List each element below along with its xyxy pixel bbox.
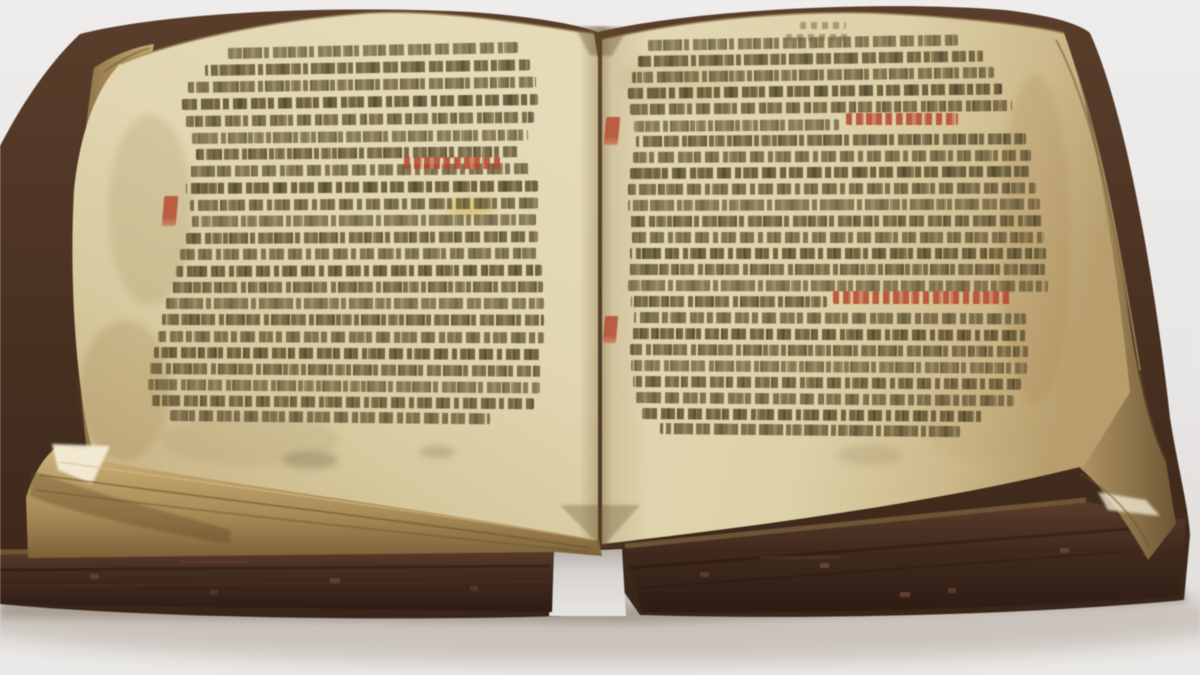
- manuscript-text-line-right: [634, 312, 1026, 324]
- manuscript-text-line-right: [628, 264, 1046, 275]
- manuscript-text-line-left: [154, 347, 542, 360]
- manuscript-text-line-right: [628, 83, 1002, 99]
- manuscript-text-line-left: [188, 77, 536, 93]
- rubric-initial-letter: [604, 117, 620, 145]
- manuscript-text-line-right: [631, 296, 827, 307]
- photo-open-manuscript-book: [0, 0, 1200, 675]
- manuscript-text-line-left: [182, 94, 538, 110]
- manuscript-text-line-right: [660, 423, 960, 437]
- manuscript-text-line-left: [152, 395, 534, 409]
- manuscript-text-line-right: [630, 166, 1032, 179]
- manuscript-text-line-left: [162, 314, 544, 326]
- manuscript-text-line-right: [630, 215, 1042, 227]
- manuscript-text-line-left: [192, 214, 536, 227]
- manuscript-text-line-right: [636, 392, 1014, 406]
- manuscript-text-line-left: [150, 363, 542, 377]
- manuscript-text-line-right: [632, 328, 1028, 341]
- manuscript-text-line-right: [633, 376, 1021, 390]
- manuscript-text-line-left: [148, 379, 540, 393]
- rubric-red-text: [833, 291, 1011, 304]
- manuscript-text-line-right: [634, 119, 839, 132]
- manuscript-text-line-right: [633, 150, 1031, 163]
- manuscript-text-line-right: [632, 232, 1044, 243]
- manuscript-text-line-right: [632, 67, 994, 83]
- manuscript-text-line-left: [186, 181, 538, 194]
- manuscript-text-line-right: [628, 199, 1040, 211]
- manuscript-text-line-left: [228, 42, 518, 59]
- manuscript-text-line-right: [630, 344, 1028, 357]
- rubric-red-text: [404, 157, 504, 169]
- manuscript-text-line-right: [638, 51, 983, 67]
- manuscript-text-line-left: [190, 198, 538, 211]
- manuscript-text-line-right: [636, 133, 1026, 147]
- rubric-initial-letter: [603, 316, 618, 343]
- manuscript-text-line-left: [170, 410, 490, 424]
- manuscript-text-line-left: [176, 265, 542, 277]
- manuscript-text-line-right: [630, 248, 1046, 259]
- manuscript-text-line-left: [186, 112, 534, 127]
- manuscript-text-line-left: [158, 331, 544, 343]
- manuscript-text-line-left: [166, 298, 544, 309]
- manuscript-text-line-left: [186, 231, 538, 244]
- rubric-red-text: [846, 113, 958, 125]
- manuscript-text-line-left: [171, 281, 543, 293]
- margin-signature-mark: [786, 34, 848, 41]
- manuscript-text-line-left: [192, 129, 528, 144]
- rubric-initial-letter: [162, 196, 179, 226]
- manuscript-text-line-left: [180, 248, 540, 260]
- margin-signature-mark: [800, 22, 846, 29]
- manuscript-text-line-right: [642, 408, 982, 422]
- manuscript-text-line-right: [628, 280, 1048, 292]
- manuscript-text-line-right: [628, 183, 1036, 195]
- manuscript-text-line-left: [205, 59, 530, 76]
- manuscript-text-line-right: [631, 360, 1027, 374]
- manuscript-text-layer: [0, 0, 1200, 675]
